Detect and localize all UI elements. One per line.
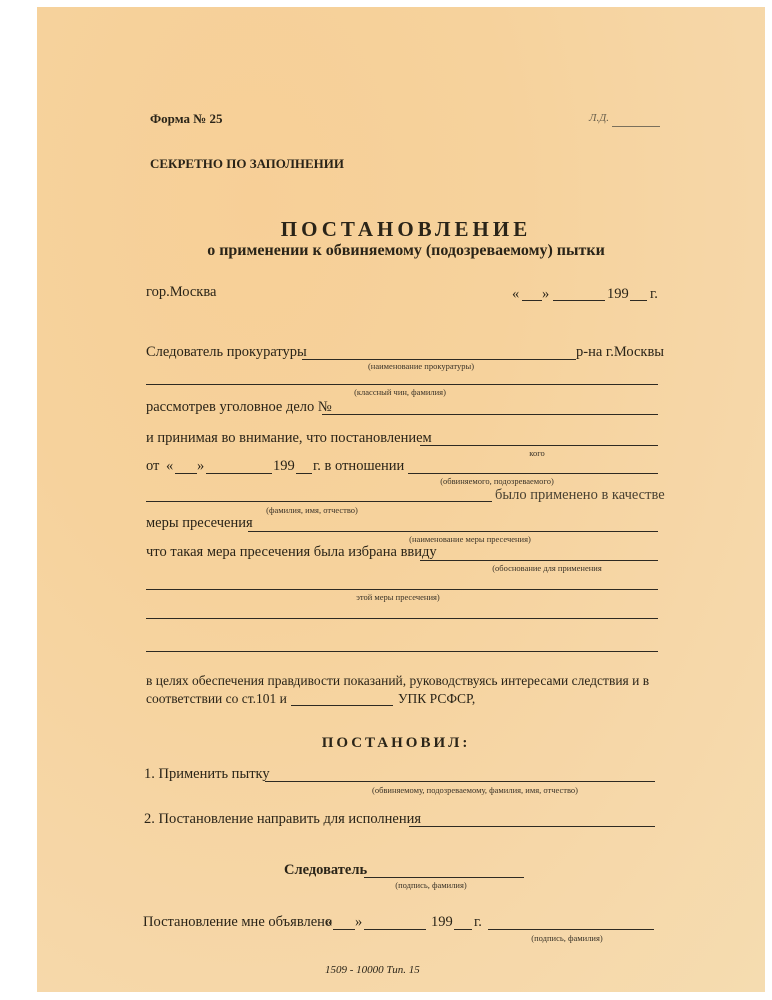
- caption-accused: (обвиняемого, подозреваемого): [440, 476, 554, 486]
- caption-name: (фамилия, имя, отчество): [266, 505, 358, 515]
- caption-measure: (наименование меры пресечения): [409, 534, 531, 544]
- form-number: Форма № 25: [150, 111, 223, 127]
- document-subtitle: о применении к обвиняемому (подозреваемо…: [0, 242, 772, 260]
- announced-year-prefix: 199: [431, 914, 453, 931]
- date-open-quote: «: [512, 286, 519, 303]
- from-year-field[interactable]: [296, 473, 312, 474]
- additional-article-field[interactable]: [291, 705, 393, 706]
- resolution-item-1: 1. Применить пытку: [144, 766, 270, 783]
- year-prefix: 199: [607, 286, 629, 303]
- caption-whom: кого: [529, 448, 544, 458]
- rank-surname-field[interactable]: [146, 384, 658, 385]
- secrecy-note: СЕКРЕТНО ПО ЗАПОЛНЕНИИ: [150, 156, 344, 172]
- reason-field-1[interactable]: [420, 560, 658, 561]
- date-month-field[interactable]: [553, 300, 605, 301]
- accused-field[interactable]: [408, 473, 658, 474]
- signature-investigator-label: Следователь: [284, 862, 367, 879]
- caption-signature-2: (подпись, фамилия): [531, 933, 602, 943]
- torture-subject-field[interactable]: [265, 781, 655, 782]
- year-suffix: г.: [650, 286, 658, 303]
- announced-month-field[interactable]: [364, 929, 426, 930]
- accused-signature-field[interactable]: [488, 929, 654, 930]
- reason-field-2[interactable]: [146, 589, 658, 590]
- measure-field[interactable]: [248, 531, 658, 532]
- file-label: Л.Д.: [589, 112, 609, 124]
- caption-rank: (классный чин, фамилия): [354, 387, 446, 397]
- from-day-field[interactable]: [175, 473, 197, 474]
- announced-day-field[interactable]: [333, 929, 355, 930]
- reason-field-3[interactable]: [146, 618, 658, 619]
- investigator-signature-field[interactable]: [364, 877, 524, 878]
- measure-label: меры пресечения: [146, 515, 253, 532]
- applied-label: было применено в качестве: [495, 487, 665, 504]
- print-info: 1509 - 10000 Тип. 15: [325, 964, 420, 976]
- purpose-line-2-a: соответствии со ст.101 и: [146, 691, 287, 707]
- announced-date-open: «: [325, 914, 332, 931]
- considering-label: и принимая во внимание, что постановлени…: [146, 430, 432, 447]
- file-number-field[interactable]: [612, 126, 660, 127]
- caption-prosecutor: (наименование прокуратуры): [368, 361, 474, 371]
- announced-label: Постановление мне объявлено: [143, 914, 332, 931]
- document-title: ПОСТАНОВЛЕНИЕ: [0, 217, 772, 242]
- by-whom-field[interactable]: [420, 445, 658, 446]
- reason-field-4[interactable]: [146, 651, 658, 652]
- from-date-close: »: [197, 458, 204, 475]
- case-label: рассмотрев уголовное дело №: [146, 399, 332, 416]
- date-close-quote: »: [542, 286, 549, 303]
- from-year-prefix: 199: [273, 458, 295, 475]
- purpose-line-1: в целях обеспечения правдивости показани…: [146, 673, 649, 689]
- caption-reason-1: (обоснование для применения: [492, 563, 602, 573]
- date-day-field[interactable]: [522, 300, 542, 301]
- announced-date-close: »: [355, 914, 362, 931]
- full-name-field[interactable]: [146, 501, 492, 502]
- from-label: от: [146, 458, 159, 475]
- date-year-field[interactable]: [630, 300, 647, 301]
- caption-reason-2: этой меры пресечения): [356, 592, 440, 602]
- from-month-field[interactable]: [206, 473, 272, 474]
- announced-year-suffix: г.: [474, 914, 482, 931]
- district-suffix: р-на г.Москвы: [576, 344, 664, 361]
- city: гор.Москва: [146, 284, 216, 301]
- resolution-item-2: 2. Постановление направить для исполнени…: [144, 811, 421, 828]
- announced-year-field[interactable]: [454, 929, 472, 930]
- from-date-open: «: [166, 458, 173, 475]
- execution-recipient-field[interactable]: [409, 826, 655, 827]
- resolution-heading: ПОСТАНОВИЛ:: [0, 735, 772, 752]
- caption-signature: (подпись, фамилия): [395, 880, 466, 890]
- caption-item-1: (обвиняемому, подозреваемому, фамилия, и…: [372, 785, 578, 795]
- investigator-label: Следователь прокуратуры: [146, 344, 307, 361]
- prosecutor-office-field[interactable]: [302, 359, 576, 360]
- purpose-line-2-b: УПК РСФСР,: [398, 691, 475, 707]
- case-number-field[interactable]: [322, 414, 658, 415]
- chosen-label: что такая мера пресечения была избрана в…: [146, 544, 437, 561]
- regarding-label: г. в отношении: [313, 458, 404, 475]
